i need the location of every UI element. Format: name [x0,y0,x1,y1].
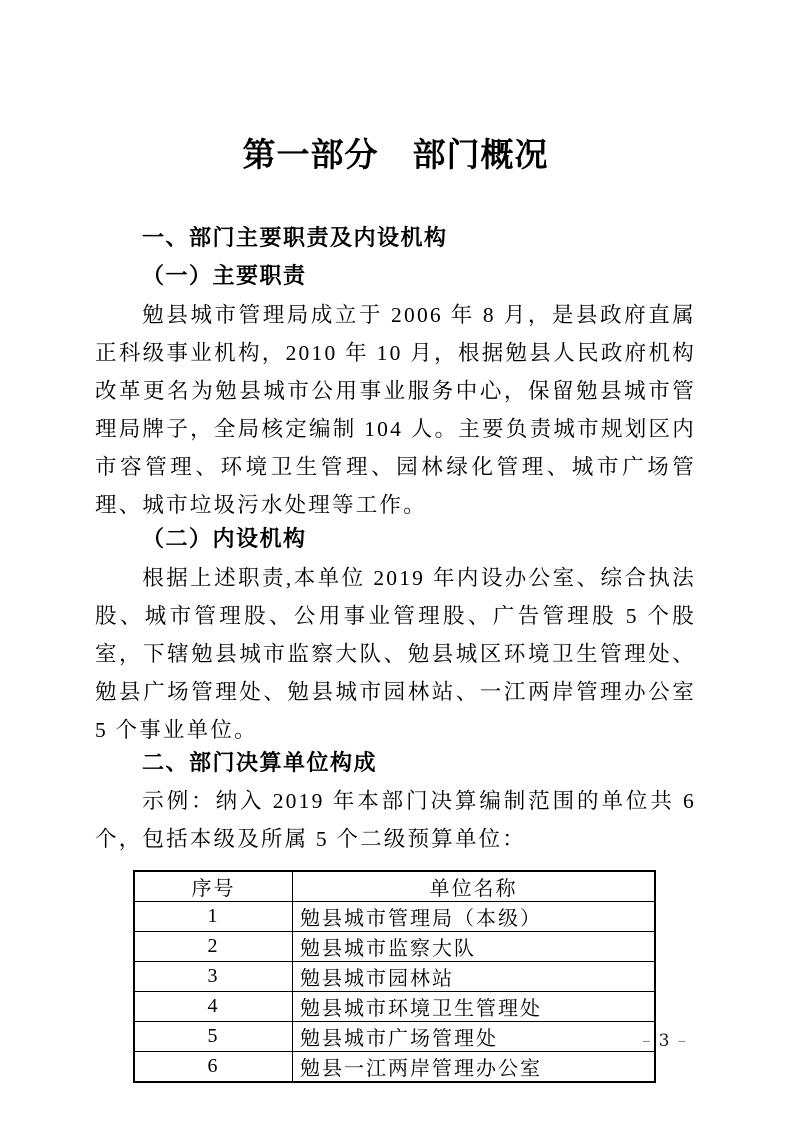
section-1-1-subheading: （一）主要职责 [95,257,696,296]
row-index: 5 [134,1022,293,1052]
row-unit-name: 勉县一江两岸管理办公室 [293,1052,656,1083]
unit-table-header-row: 序号 单位名称 [134,871,655,902]
footer-dash-left: – [642,1031,652,1051]
table-row: 2 勉县城市监察大队 [134,932,655,962]
table-row: 4 勉县城市环境卫生管理处 [134,992,655,1022]
paragraph-main-duties: 勉县城市管理局成立于 2006 年 8 月，是县政府直属正科级事业机构，2010… [95,296,696,524]
section-1-heading: 一、部门主要职责及内设机构 [95,218,696,257]
row-index: 4 [134,992,293,1022]
table-row: 5 勉县城市广场管理处 [134,1022,655,1052]
paragraph-internal-organs: 根据上述职责,本单位 2019 年内设办公室、综合执法股、城市管理股、公用事业管… [95,559,696,749]
page-number: 3 [652,1031,678,1051]
column-header-unit-name: 单位名称 [293,871,656,902]
row-index: 2 [134,932,293,962]
unit-table: 序号 单位名称 1 勉县城市管理局（本级） 2 勉县城市监察大队 3 勉县城市园… [133,870,656,1083]
row-unit-name: 勉县城市环境卫生管理处 [293,992,656,1022]
document-title: 第一部分 部门概况 [95,133,696,177]
table-row: 3 勉县城市园林站 [134,962,655,992]
row-unit-name: 勉县城市广场管理处 [293,1022,656,1052]
document-page: 第一部分 部门概况 一、部门主要职责及内设机构 （一）主要职责 勉县城市管理局成… [0,0,793,1122]
row-unit-name: 勉县城市管理局（本级） [293,902,656,932]
document-content: 第一部分 部门概况 一、部门主要职责及内设机构 （一）主要职责 勉县城市管理局成… [95,133,696,1083]
column-header-index: 序号 [134,871,293,902]
section-2-heading: 二、部门决算单位构成 [95,743,696,782]
row-index: 1 [134,902,293,932]
section-1-2-subheading: （二）内设机构 [95,520,696,559]
footer-dash-right: – [678,1031,688,1051]
table-row: 1 勉县城市管理局（本级） [134,902,655,932]
table-row: 6 勉县一江两岸管理办公室 [134,1052,655,1083]
row-unit-name: 勉县城市园林站 [293,962,656,992]
row-unit-name: 勉县城市监察大队 [293,932,656,962]
page-footer: –3– [642,1031,687,1051]
paragraph-unit-composition: 示例：纳入 2019 年本部门决算编制范围的单位共 6 个，包括本级及所属 5 … [95,782,696,858]
row-index: 3 [134,962,293,992]
row-index: 6 [134,1052,293,1083]
